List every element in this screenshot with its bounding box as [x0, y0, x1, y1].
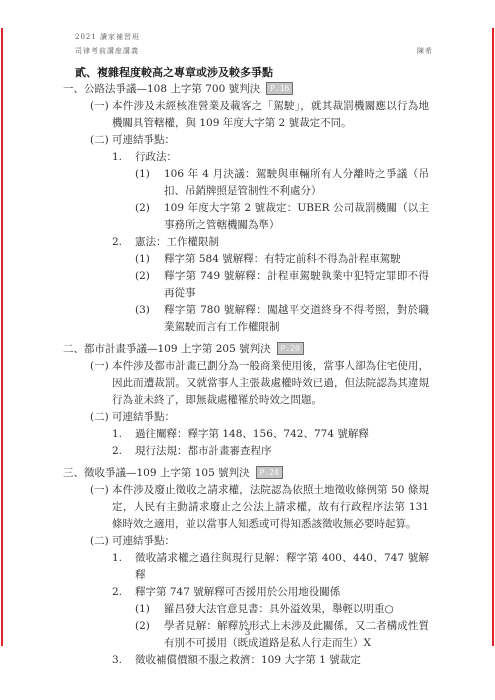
- list-item-text: 釋字第 747 號解釋可否援用於公用地役關係: [135, 584, 429, 601]
- list-item: (3)釋字第 780 號解釋：闖越平交道終身不得考照，對於職業駕駛而言有工作權限…: [63, 302, 429, 336]
- list-item: 1.行政法：: [63, 149, 429, 166]
- list-item-label: 2.: [112, 443, 135, 460]
- list-item-text: 現行法規：都市計畫審查程序: [135, 443, 429, 460]
- list-item-label: (二): [90, 409, 112, 426]
- topic: 三、徵收爭議—109 上字第 105 號判決P.24(一)本件涉及廢止徵收之請求…: [63, 465, 429, 669]
- list-item: 1.過往闡釋：釋字第 148、156、742、774 號解釋: [63, 426, 429, 443]
- topic-title-text: 三、徵收爭議—109 上字第 105 號判決: [63, 467, 250, 479]
- list-item-label: 1.: [112, 149, 135, 166]
- red-edge-line-right: [492, 28, 494, 646]
- list-item-label: (二): [90, 533, 112, 550]
- document-body: 貳、複雜程度較高之專章或涉及較多爭點 一、公路法爭議—108 上字第 700 號…: [63, 64, 429, 669]
- list-item-label: (一): [90, 482, 112, 499]
- list-item: 3.徵收補償價額不服之救濟：109 大字第 1 號裁定: [63, 652, 429, 669]
- list-item-label: 2.: [112, 234, 135, 251]
- list-item-text: 行政法：: [135, 149, 429, 166]
- list-item: (1)106 年 4 月決議：駕駛與車輛所有人分離時之爭議（吊扣、吊銷牌照是管制…: [63, 166, 429, 200]
- header-course-line: 司律考前講座講義: [75, 47, 139, 56]
- list-item-label: (2): [135, 200, 164, 217]
- list-item-text: 可連結爭點：: [112, 132, 429, 149]
- header-author: 陳希: [417, 47, 433, 56]
- list-item: (一)本件涉及都市計畫已劃分為一般商業使用後，當事人卻為住宅使用，因此而遭裁罰。…: [63, 358, 429, 409]
- list-item: 2.現行法規：都市計畫審查程序: [63, 443, 429, 460]
- document-page: 2021 讀家補習班 司律考前講座講義 陳希 貳、複雜程度較高之專章或涉及較多爭…: [0, 0, 495, 700]
- list-item-label: (3): [135, 302, 164, 319]
- page-header: 2021 讀家補習班 司律考前講座講義 陳希: [75, 33, 433, 56]
- topic-title-text: 一、公路法爭議—108 上字第 700 號判決: [63, 83, 260, 95]
- list-item-text: 徵收補償價額不服之救濟：109 大字第 1 號裁定: [135, 652, 429, 669]
- list-item-label: 1.: [112, 550, 135, 567]
- page-footer: 3: [0, 628, 495, 638]
- list-item: (2)109 年度大字第 2 號裁定：UBER 公司裁罰機關（以主事務所之管轄機…: [63, 200, 429, 234]
- list-item-label: (1): [135, 601, 164, 618]
- list-item-label: (一): [90, 98, 112, 115]
- page-ref-badge: P.16: [266, 82, 293, 95]
- section-title: 貳、複雜程度較高之專章或涉及較多爭點: [63, 64, 429, 81]
- red-edge-line-left: [1, 28, 3, 646]
- topic: 二、都市計畫爭議—109 上字第 205 號判決P.20(一)本件涉及都市計畫已…: [63, 341, 429, 460]
- list-item-label: (2): [135, 268, 164, 285]
- list-item-text: 過往闡釋：釋字第 148、156、742、774 號解釋: [135, 426, 429, 443]
- list-item: 2.釋字第 747 號解釋可否援用於公用地役關係: [63, 584, 429, 601]
- list-item-text: 本件涉及未經核准營業及載客之「駕駛」，就其裁罰機關應以行為地機關具管轄權，與 1…: [112, 98, 429, 132]
- list-item: (2)釋字第 749 號解釋：計程車駕駛執業中犯特定罪即不得再從事: [63, 268, 429, 302]
- page-ref-badge: P.20: [277, 342, 304, 355]
- list-item-text: 釋字第 584 號解釋：有特定前科不得為計程車駕駛: [164, 251, 429, 268]
- list-item-text: 憲法：工作權限制: [135, 234, 429, 251]
- list-item: (一)本件涉及廢止徵收之請求權，法院認為依照土地徵收條例第 50 條規定，人民有…: [63, 482, 429, 533]
- list-item-label: (1): [135, 251, 164, 268]
- list-item: (一)本件涉及未經核准營業及載客之「駕駛」，就其裁罰機關應以行為地機關具管轄權，…: [63, 98, 429, 132]
- list-item: (1)釋字第 584 號解釋：有特定前科不得為計程車駕駛: [63, 251, 429, 268]
- list-item-label: (二): [90, 132, 112, 149]
- list-item-text: 本件涉及廢止徵收之請求權，法院認為依照土地徵收條例第 50 條規定，人民有主動請…: [112, 482, 429, 533]
- list-item-text: 釋字第 749 號解釋：計程車駕駛執業中犯特定罪即不得再從事: [164, 268, 429, 302]
- page-number: 3: [245, 628, 251, 638]
- list-item: (二)可連結爭點：: [63, 409, 429, 426]
- list-item: (二)可連結爭點：: [63, 132, 429, 149]
- list-item-text: 可連結爭點：: [112, 409, 429, 426]
- list-item-text: 羅昌發大法官意見書：具外溢效果，舉輕以明重○: [164, 601, 429, 618]
- topic-title: 二、都市計畫爭議—109 上字第 205 號判決P.20: [63, 341, 429, 358]
- list-item-text: 可連結爭點：: [112, 533, 429, 550]
- list-item-text: 106 年 4 月決議：駕駛與車輛所有人分離時之爭議（吊扣、吊銷牌照是管制性不利…: [164, 166, 429, 200]
- list-item: (二)可連結爭點：: [63, 533, 429, 550]
- topic-title: 一、公路法爭議—108 上字第 700 號判決P.16: [63, 81, 429, 98]
- list-item-text: 釋字第 780 號解釋：闖越平交道終身不得考照，對於職業駕駛而言有工作權限制: [164, 302, 429, 336]
- list-item: 2.憲法：工作權限制: [63, 234, 429, 251]
- list-item: (1)羅昌發大法官意見書：具外溢效果，舉輕以明重○: [63, 601, 429, 618]
- list-item-text: 109 年度大字第 2 號裁定：UBER 公司裁罰機關（以主事務所之管轄機關為準…: [164, 200, 429, 234]
- topic: 一、公路法爭議—108 上字第 700 號判決P.16(一)本件涉及未經核准營業…: [63, 81, 429, 336]
- list-item: 1.徵收請求權之過往與現行見解：釋字第 400、440、747 號解釋: [63, 550, 429, 584]
- topic-title-text: 二、都市計畫爭議—109 上字第 205 號判決: [63, 343, 271, 355]
- list-item-text: 本件涉及都市計畫已劃分為一般商業使用後，當事人卻為住宅使用，因此而遭裁罰。又就當…: [112, 358, 429, 409]
- list-item-label: (1): [135, 166, 164, 183]
- list-item-label: (一): [90, 358, 112, 375]
- list-item-text: 徵收請求權之過往與現行見解：釋字第 400、440、747 號解釋: [135, 550, 429, 584]
- topic-title: 三、徵收爭議—109 上字第 105 號判決P.24: [63, 465, 429, 482]
- topics: 一、公路法爭議—108 上字第 700 號判決P.16(一)本件涉及未經核准營業…: [63, 81, 429, 669]
- header-school-line: 2021 讀家補習班: [75, 33, 433, 42]
- list-item-label: 3.: [112, 652, 135, 669]
- list-item-label: 1.: [112, 426, 135, 443]
- page-ref-badge: P.24: [256, 466, 283, 479]
- list-item-label: 2.: [112, 584, 135, 601]
